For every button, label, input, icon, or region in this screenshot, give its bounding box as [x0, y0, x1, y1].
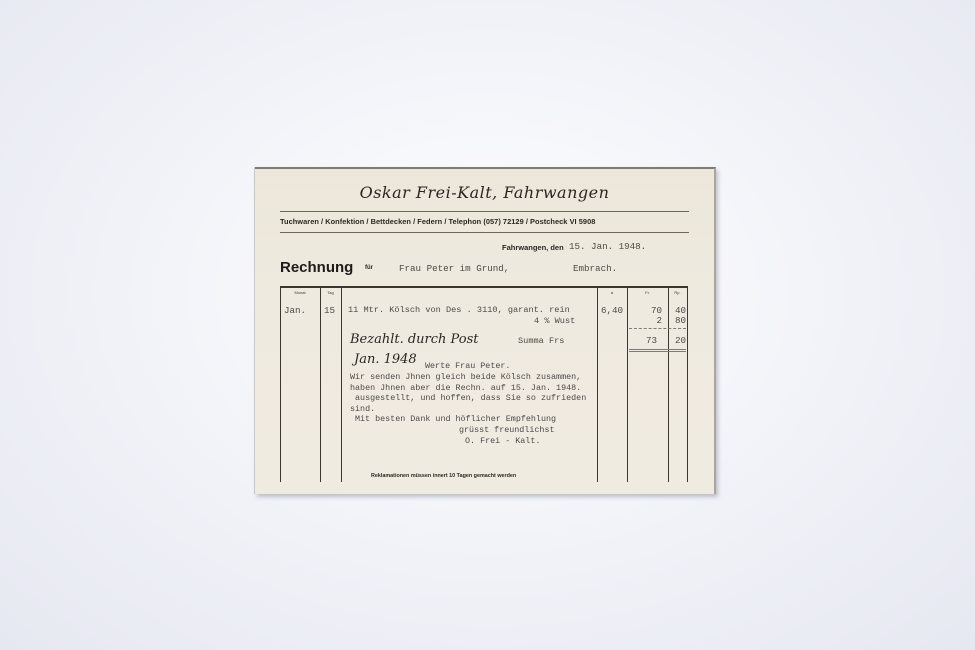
header-unit-price: à [597, 290, 627, 295]
row-description: 11 Mtr. Kölsch von Des . 3110, garant. r… [348, 305, 570, 315]
total-double-rule [629, 349, 686, 354]
letter-body-line: ausgestellt, und hoffen, dass Sie so zuf… [350, 393, 586, 404]
column-divider [280, 286, 281, 482]
row-vat: 4 % Wust [534, 316, 575, 326]
letter-body-line: sind. [350, 404, 586, 415]
column-divider [341, 286, 342, 482]
header-rule-top [280, 211, 689, 212]
header-francs: Fr. [627, 290, 668, 295]
vat-francs: 2 [627, 315, 662, 326]
invoice-table: Monat Tag à Fr. Rp. Jan. 15 11 Mtr. Köls… [280, 286, 688, 484]
total-label: Summa Frs [518, 336, 564, 346]
place-label: Fahrwangen, den [502, 243, 564, 252]
complaints-footer: Reklamationen müssen innert 10 Tagen gem… [371, 473, 516, 479]
column-divider [320, 286, 321, 482]
subtotal-rule [629, 328, 686, 331]
invoice-date: 15. Jan. 1948. [569, 241, 646, 252]
business-tagline: Tuchwaren / Konfektion / Bettdecken / Fe… [280, 217, 689, 226]
header-day: Tag [320, 290, 341, 295]
header-rule-bottom [280, 232, 689, 233]
row-unit-price: 6,40 [601, 305, 623, 316]
letter-body-line: Wir senden Jhnen gleich beide Kölsch zus… [350, 372, 586, 383]
invoice-paper: Oskar Frei-Kalt, Fahrwangen Tuchwaren / … [255, 167, 716, 494]
letter-closing: Mit besten Dank und höflicher Empfehlung [355, 414, 556, 424]
recipient-name: Frau Peter im Grund, [399, 263, 509, 274]
handwritten-paid-note: Bezahlt. durch Post [350, 332, 479, 347]
vat-rappen: 80 [668, 315, 686, 326]
recipient-city: Embrach. [573, 263, 617, 274]
row-month: Jan. [284, 305, 306, 316]
column-divider [687, 286, 688, 482]
letter-signature: O. Frei - Kalt. [465, 436, 540, 446]
letter-salutation: Werte Frau Peter. [425, 361, 510, 371]
for-label: für [365, 265, 373, 271]
total-francs: 73 [627, 335, 657, 346]
letter-body: Wir senden Jhnen gleich beide Kölsch zus… [350, 372, 586, 414]
letter-greeting: grüsst freundlichst [459, 425, 555, 435]
letter-body-line: haben Jhnen aber die Rechn. auf 15. Jan.… [350, 383, 586, 394]
header-month: Monat [280, 290, 320, 295]
letterhead: Oskar Frei-Kalt, Fahrwangen [255, 183, 714, 202]
column-divider [597, 286, 598, 482]
total-rappen: 20 [668, 335, 686, 346]
invoice-title: Rechnung [280, 259, 353, 276]
header-rappen: Rp. [668, 290, 687, 295]
handwritten-date-note: Jan. 1948 [354, 352, 417, 367]
row-day: 15 [324, 305, 335, 316]
